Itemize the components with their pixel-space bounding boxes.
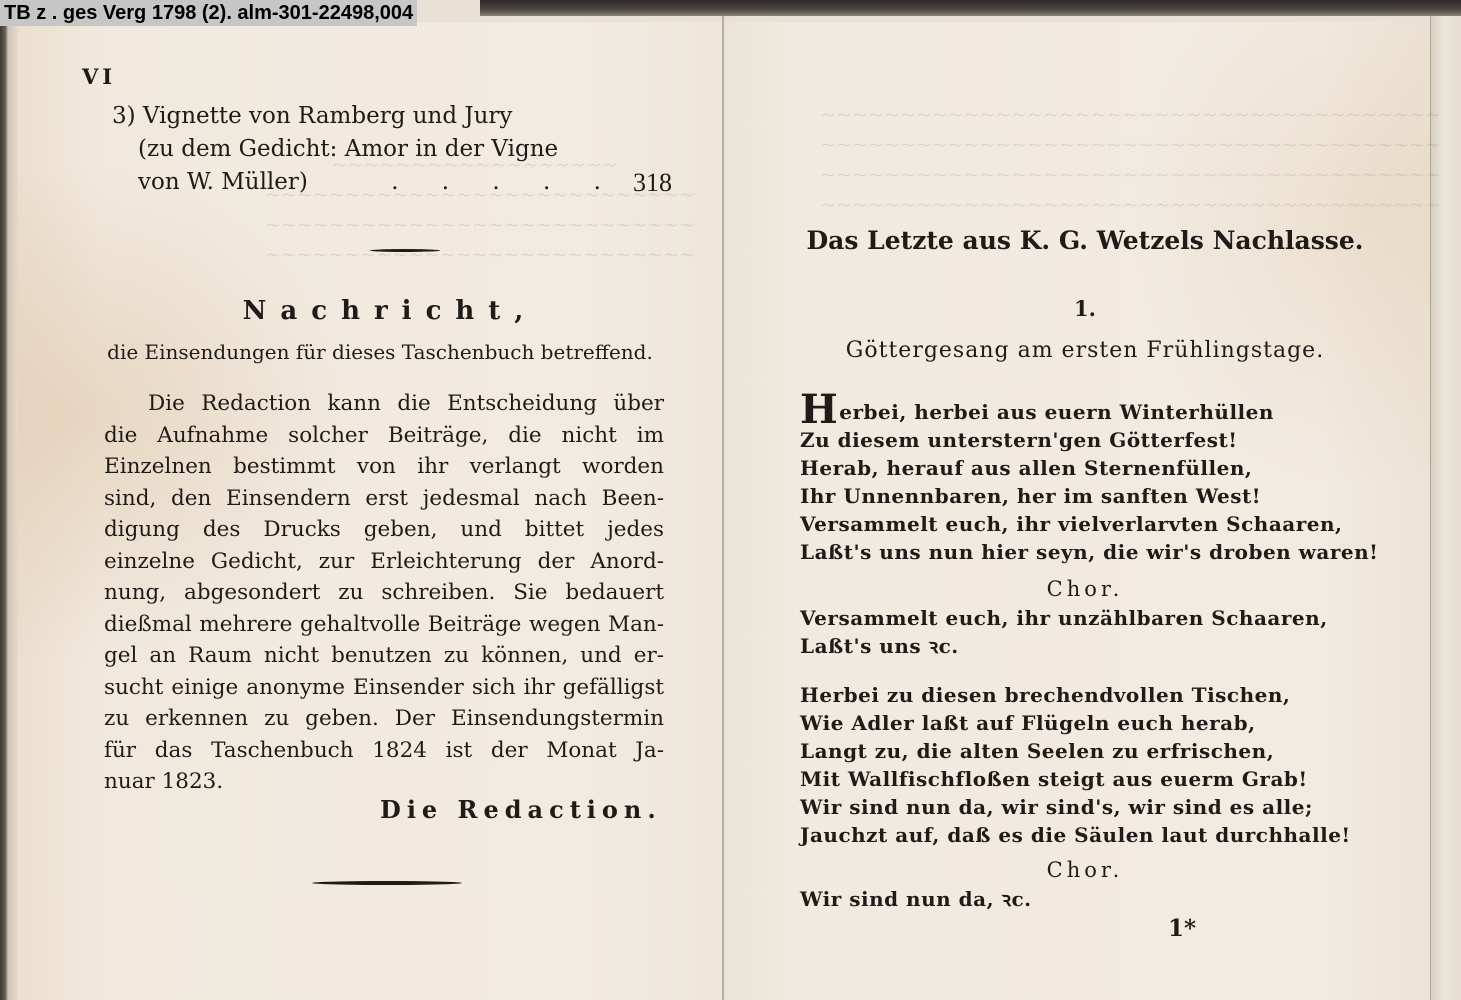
chorus-label: Chor. [800, 577, 1370, 601]
verse-line: Zu diesem unterstern'gen Götterfest! [800, 426, 1380, 454]
poem-title: Göttergesang am ersten Frühlingstage. [800, 338, 1370, 363]
chorus-refrain-1: Versammelt euch, ihr unzählbaren Schaare… [800, 604, 1380, 660]
section-title: Das Letzte aus K. G. Wetzels Nachlasse. [800, 226, 1370, 255]
notice-line: für das Taschenbuch 1824 ist der Monat J… [104, 735, 664, 767]
page-number-left: VI [82, 64, 116, 89]
notice-line: zu erkennen zu geben. Der Einsendungster… [104, 703, 664, 735]
verse-line: Ihr Unnennbaren, her im sanften West! [800, 482, 1380, 510]
notice-line: einzelne Gedicht, zur Erleichterung der … [104, 546, 664, 578]
notice-body: Die Redaction kann die Entscheidung über… [104, 388, 664, 798]
verse-line: Laßt's uns ꝛc. [800, 632, 1380, 660]
entry-page-ref: 318 [633, 166, 672, 199]
next-page-edge [1430, 16, 1461, 1000]
end-rule [312, 881, 462, 885]
vignette-entry: 3) Vignette von Ramberg und Jury (zu dem… [112, 100, 672, 199]
signature-mark: 1* [1168, 915, 1196, 942]
notice-line: die Aufnahme solcher Beiträge, die nicht… [104, 420, 664, 452]
book-binding-top [480, 0, 1461, 16]
divider-rule [370, 249, 440, 252]
chorus-refrain-2: Wir sind nun da, ꝛc. [800, 885, 1380, 913]
verse-line: Wir sind nun da, wir sind's, wir sind es… [800, 793, 1380, 821]
notice-line: digung des Drucks geben, und bittet jede… [104, 514, 664, 546]
entry-author: von W. Müller) [138, 166, 308, 199]
notice-line: Die Redaction kann die Entscheidung über [104, 388, 664, 420]
notice-line: dießmal mehrere gehaltvolle Beiträge weg… [104, 609, 664, 641]
chorus-label-2: Chor. [800, 858, 1370, 882]
verse-line: Herab, herauf aus allen Sternenfüllen, [800, 454, 1380, 482]
verse-line: Wir sind nun da, ꝛc. [800, 885, 1380, 913]
notice-line: nuar 1823. [104, 766, 664, 798]
notice-subheading: die Einsendungen für dieses Taschenbuch … [90, 340, 670, 364]
stanza-2: Herbei zu diesen brechendvollen Tischen,… [800, 681, 1380, 849]
verse-line: Jauchzt auf, daß es die Säulen laut durc… [800, 821, 1380, 849]
notice-heading: Nachricht, [90, 296, 690, 326]
poem-number: 1. [800, 296, 1370, 321]
notice-line: Einzelnen bestimmt von ihr verlangt word… [104, 451, 664, 483]
verse-line: Wie Adler laßt auf Flügeln euch herab, [800, 709, 1380, 737]
verse-line: Herbei, herbei aus euern Winterhüllen [800, 398, 1380, 426]
stanza-1: Herbei, herbei aus euern Winterhüllen Zu… [800, 398, 1380, 566]
verse-line: Langt zu, die alten Seelen zu erfrischen… [800, 737, 1380, 765]
notice-line: sucht einige anonyme Einsender sich ihr … [104, 672, 664, 704]
entry-line-1: 3) Vignette von Ramberg und Jury [112, 100, 672, 133]
verse-line: Laßt's uns nun hier seyn, die wir's drob… [800, 538, 1380, 566]
book-edge-left [0, 22, 19, 1000]
book-scan: ~~~~~~~~~~~~~~~~~~ ~~~~~~~~~~~~~~~~~~~~~… [0, 0, 1461, 1000]
verse-line: Herbei zu diesen brechendvollen Tischen, [800, 681, 1380, 709]
notice-signature: Die Redaction. [380, 795, 662, 824]
notice-line: sind, den Einsendern erst jedesmal nach … [104, 483, 664, 515]
entry-line-2: (zu dem Gedicht: Amor in der Vigne [112, 133, 672, 166]
leader-dots: . . . . . [308, 166, 633, 199]
verse-line: Versammelt euch, ihr vielverlarvten Scha… [800, 510, 1380, 538]
entry-line-3: von W. Müller) . . . . . 318 [112, 166, 672, 199]
verse-line: Mit Wallfischfloßen steigt aus euerm Gra… [800, 765, 1380, 793]
image-title-label: TB z . ges Verg 1798 (2). alm-301-22498,… [0, 0, 417, 26]
verse-line: Versammelt euch, ihr unzählbaren Schaare… [800, 604, 1380, 632]
notice-line: nung, abgesondert zu schreiben. Sie beda… [104, 577, 664, 609]
notice-line: gel an Raum nicht benutzen zu können, un… [104, 640, 664, 672]
